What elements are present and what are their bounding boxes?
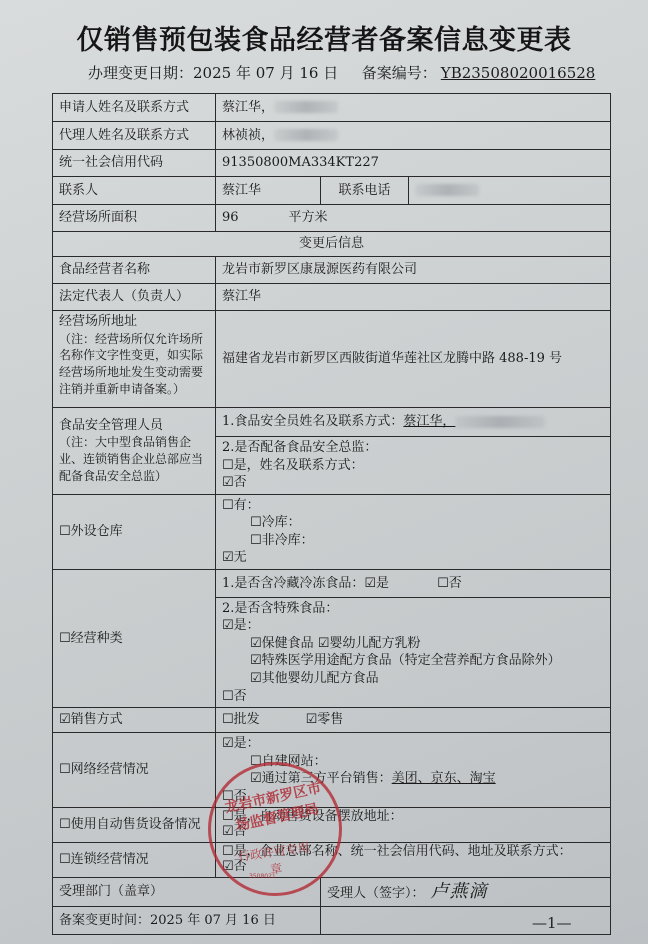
row-contact: 联系人 蔡江华 联系电话 (53, 177, 611, 205)
sales-checkbox[interactable]: ☑销售方式 (53, 708, 216, 733)
row-operator-name: 食品经营者名称 龙岩市新罗区康晟源医药有限公司 (53, 257, 611, 284)
section-after-change: 变更后信息 (53, 232, 611, 257)
dept-label: 受理部门（盖章） (53, 878, 321, 907)
warehouse-checkbox[interactable]: ☐外设仓库 (53, 494, 216, 569)
row-category-q1: ☐经营种类 1.是否含冷藏冷冻食品：☑是☐否 (53, 569, 611, 597)
row-section-header: 变更后信息 (53, 232, 611, 257)
redacted-phone (274, 101, 338, 113)
legal-rep-label: 法定代表人（负责人） (53, 284, 216, 311)
area-value-cell: 96平方米 (216, 205, 611, 232)
chain-checkbox[interactable]: ☐连锁经营情况 (53, 843, 216, 878)
applicant-label: 申请人姓名及联系方式 (53, 94, 216, 122)
redacted-phone (415, 184, 479, 196)
vending-no-checkbox[interactable]: ☑否 (222, 825, 604, 840)
health-food-checkbox[interactable]: ☑保健食品 (250, 636, 314, 651)
safety-director-yes-checkbox[interactable]: ☐是，姓名及联系方式： (222, 457, 604, 475)
row-legal-rep: 法定代表人（负责人） 蔡江华 (53, 284, 611, 311)
warehouse-none-checkbox[interactable]: ☑无 (222, 549, 604, 567)
online-no-checkbox[interactable]: ☐否 (222, 788, 604, 806)
vending-yes-checkbox[interactable]: ☐是，自动售货设备摆放地址： (222, 810, 604, 825)
phone-value-cell (409, 177, 611, 205)
applicant-value-cell: 蔡江华， (216, 94, 611, 122)
agent-value: 林祯祯， (222, 128, 274, 143)
safety-officer-label: 1.食品安全员姓名及联系方式： (222, 414, 403, 429)
handler-label: 受理人（签字）： (327, 886, 425, 901)
safety-officer-cell: 1.食品安全员姓名及联系方式：蔡江华， (216, 408, 611, 437)
area-label: 经营场所面积 (53, 205, 216, 232)
row-address: 经营场所地址 （注：经营场所仅允许场所名称作文字性变更，如实际经营场所地址发生变… (53, 311, 611, 408)
form-subline: 办理变更日期：2025 年 07 月 16 日 备案编号：YB235080200… (88, 62, 595, 83)
row-warehouse: ☐外设仓库 ☐有： ☐冷库： ☐非冷库： ☑无 (53, 494, 611, 569)
safety-note: （注：大中型食品销售企业、连锁销售企业总部应当配备食品安全总监） (59, 434, 209, 484)
handler-signature: 卢燕滴 (431, 881, 488, 902)
third-party-checkbox[interactable]: ☑通过第三方平台销售： (250, 771, 392, 786)
area-unit: 平方米 (289, 210, 328, 225)
category-q2-cell: 2.是否含特殊食品： ☑是： ☑保健食品 ☑婴幼儿配方乳粉 ☑特殊医学用途配方食… (216, 597, 611, 707)
third-party-row: ☑通过第三方平台销售：美团、京东、淘宝 (222, 770, 604, 788)
applicant-value: 蔡江华， (222, 100, 274, 115)
change-date-label: 办理变更日期： (88, 64, 193, 82)
infant-formula-milk-checkbox[interactable]: ☑婴幼儿配方乳粉 (318, 636, 421, 651)
address-label-cell: 经营场所地址 （注：经营场所仅允许场所名称作文字性变更，如实际经营场所地址发生变… (53, 311, 216, 408)
chain-no-checkbox[interactable]: ☑否 (222, 860, 604, 875)
other-infant-formula-checkbox[interactable]: ☑其他婴幼儿配方食品 (222, 670, 604, 688)
sales-options: ☐批发☑零售 (216, 708, 611, 733)
row-safety-officer: 食品安全管理人员 （注：大中型食品销售企业、连锁销售企业总部应当配备食品安全总监… (53, 408, 611, 437)
vending-checkbox[interactable]: ☐使用自动售货设备情况 (53, 808, 216, 843)
online-checkbox[interactable]: ☐网络经营情况 (53, 733, 216, 808)
redacted-phone (455, 416, 545, 428)
record-no-label: 备案编号： (362, 64, 437, 82)
own-website-checkbox[interactable]: ☐自建网站： (222, 753, 604, 771)
filing-change-table: 申请人姓名及联系方式 蔡江华， 代理人姓名及联系方式 林祯祯， 统一社会信用代码… (52, 93, 611, 935)
contact-label: 联系人 (53, 177, 216, 205)
row-dept: 受理部门（盖章） 受理人（签字）：卢燕滴 (53, 878, 611, 907)
phone-label: 联系电话 (321, 177, 409, 205)
chain-yes-checkbox[interactable]: ☐是，企业总部名称、统一社会信用代码、地址及联系方式： (222, 845, 604, 860)
handler-cell: 受理人（签字）：卢燕滴 (321, 878, 611, 907)
chain-options: ☐是，企业总部名称、统一社会信用代码、地址及联系方式： ☑否 (216, 843, 611, 878)
category-q1-cell: 1.是否含冷藏冷冻食品：☑是☐否 (216, 569, 611, 597)
contact-value: 蔡江华 (216, 177, 321, 205)
operator-name-label: 食品经营者名称 (53, 257, 216, 284)
credit-code-value: 91350800MA334KT227 (216, 150, 611, 177)
row-area: 经营场所面积 96平方米 (53, 205, 611, 232)
safety-director-question: 2.是否配备食品安全总监： (222, 439, 604, 457)
category-q2-yes-checkbox[interactable]: ☑是： (222, 617, 604, 635)
row-sales: ☑销售方式 ☐批发☑零售 (53, 708, 611, 733)
row-record-time: 备案变更时间：2025 年 07 月 16 日 (53, 907, 611, 935)
change-date: 2025 年 07 月 16 日 (193, 64, 338, 82)
address-note: （注：经营场所仅允许场所名称作文字性变更，如实际经营场所地址发生变动需要注销并重… (59, 331, 209, 398)
online-yes-checkbox[interactable]: ☑是： (222, 735, 604, 753)
record-time-label: 备案变更时间： (59, 913, 150, 928)
category-q2-no-checkbox[interactable]: ☐否 (222, 688, 604, 706)
safety-label: 食品安全管理人员 (59, 417, 209, 435)
safety-officer-value: 蔡江华， (403, 414, 455, 429)
agent-value-cell: 林祯祯， (216, 122, 611, 150)
warehouse-options: ☐有： ☐冷库： ☐非冷库： ☑无 (216, 494, 611, 569)
page-number: —1— (532, 914, 572, 932)
address-value: 福建省龙岩市新罗区西陂街道华莲社区龙腾中路 488-19 号 (216, 311, 611, 408)
third-party-platforms: 美团、京东、淘宝 (392, 771, 496, 786)
wholesale-checkbox[interactable]: ☐批发 (222, 712, 260, 727)
warehouse-cold-checkbox[interactable]: ☐冷库： (222, 514, 604, 532)
operator-name-value: 龙岩市新罗区康晟源医药有限公司 (216, 257, 611, 284)
category-q2-label: 2.是否含特殊食品： (222, 600, 604, 618)
warehouse-yes-checkbox[interactable]: ☐有： (222, 497, 604, 515)
category-q1-yes-checkbox[interactable]: ☑是 (364, 576, 389, 591)
legal-rep-value: 蔡江华 (216, 284, 611, 311)
safety-director-cell: 2.是否配备食品安全总监： ☐是，姓名及联系方式： ☑否 (216, 437, 611, 495)
redacted-phone (274, 129, 338, 141)
record-time-value: 2025 年 07 月 16 日 (150, 913, 276, 928)
category-q1-label: 1.是否含冷藏冷冻食品： (222, 576, 364, 591)
agent-label: 代理人姓名及联系方式 (53, 122, 216, 150)
category-items-row1: ☑保健食品 ☑婴幼儿配方乳粉 (222, 635, 604, 653)
record-no: YB23508020016528 (441, 64, 596, 82)
medical-formula-checkbox[interactable]: ☑特殊医学用途配方食品（特定全营养配方食品除外） (222, 652, 604, 670)
row-credit-code: 统一社会信用代码 91350800MA334KT227 (53, 150, 611, 177)
row-online: ☐网络经营情况 ☑是： ☐自建网站： ☑通过第三方平台销售：美团、京东、淘宝 ☐… (53, 733, 611, 808)
safety-label-cell: 食品安全管理人员 （注：大中型食品销售企业、连锁销售企业总部应当配备食品安全总监… (53, 408, 216, 495)
record-time-cell: 备案变更时间：2025 年 07 月 16 日 (53, 907, 321, 935)
row-applicant: 申请人姓名及联系方式 蔡江华， (53, 94, 611, 122)
vending-options: ☐是，自动售货设备摆放地址： ☑否 (216, 808, 611, 843)
area-value: 96 (222, 210, 239, 225)
retail-checkbox[interactable]: ☑零售 (306, 712, 344, 727)
online-options: ☑是： ☐自建网站： ☑通过第三方平台销售：美团、京东、淘宝 ☐否 (216, 733, 611, 808)
row-agent: 代理人姓名及联系方式 林祯祯， (53, 122, 611, 150)
form-title: 仅销售预包装食品经营者备案信息变更表 (0, 18, 648, 57)
category-checkbox[interactable]: ☐经营种类 (53, 569, 216, 707)
safety-director-no-checkbox[interactable]: ☑否 (222, 474, 604, 492)
credit-code-label: 统一社会信用代码 (53, 150, 216, 177)
row-vending: ☐使用自动售货设备情况 ☐是，自动售货设备摆放地址： ☑否 (53, 808, 611, 843)
category-q1-no-checkbox[interactable]: ☐否 (437, 576, 462, 591)
address-label: 经营场所地址 (59, 313, 209, 331)
row-chain: ☐连锁经营情况 ☐是，企业总部名称、统一社会信用代码、地址及联系方式： ☑否 (53, 843, 611, 878)
warehouse-noncold-checkbox[interactable]: ☐非冷库： (222, 532, 604, 550)
